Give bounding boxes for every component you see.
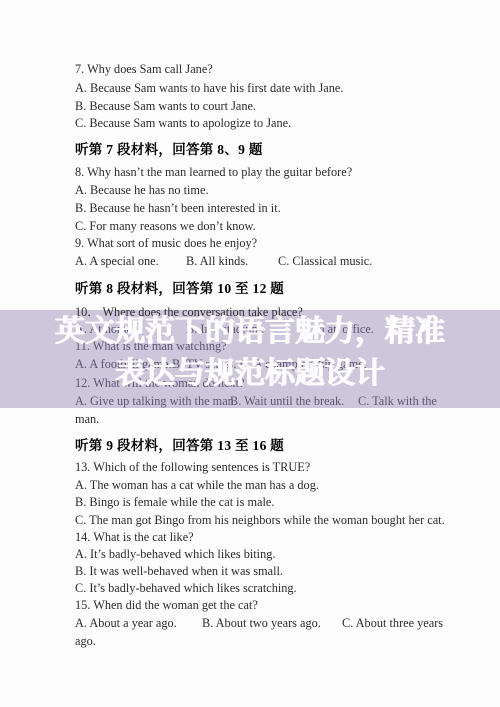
option-line: A. The woman has a cat while the man has… [0,478,500,494]
section-header: 听第 9 段材料，回答第 13 至 16 题 [0,434,500,450]
line-text: B. Bingo is female while the cat is male… [75,495,274,510]
option-line: B. Bingo is female while the cat is male… [0,495,500,511]
option-line: B. It was well-behaved when it was small… [0,564,500,580]
line-text: 8. Why hasn’t the man learned to play th… [75,165,352,180]
question-line: 7. Why does Sam call Jane? [0,62,500,78]
line-text: A. Because he has no time. [75,183,209,198]
line-text: A. Because Sam wants to have his first d… [75,81,343,96]
line-text: ago. [75,634,96,649]
line-text: A. It’s badly-behaved which likes biting… [75,547,275,562]
option-line: C. It’s badly-behaved which likes scratc… [0,581,500,597]
line-text: 9. What sort of music does he enjoy? [75,236,257,251]
watermark-title-line2: 表达与规范标题设计 [0,359,500,389]
question-line: 15. When did the woman get the cat? [0,598,500,614]
option-line: A. Because Sam wants to have his first d… [0,81,500,97]
option-line: C. Because Sam wants to apologize to Jan… [0,116,500,132]
document-text: 7. Why does Sam call Jane?A. Because Sam… [0,0,500,707]
option-cell: A. About a year ago. [75,616,177,631]
option-cell: B. All kinds. [186,254,248,269]
line-text: 听第 8 段材料，回答第 10 至 12 题 [75,277,284,297]
options-row: A. About a year ago.B. About two years a… [0,616,500,632]
option-line: C. For many reasons we don’t know. [0,219,500,235]
option-line: A. Because he has no time. [0,183,500,199]
watermark-title-line1: 英文规范下的语言魅力，精准 [0,317,500,347]
option-cell: B. About two years ago. [202,616,321,631]
line-text: C. Because Sam wants to apologize to Jan… [75,116,291,131]
section-header: 听第 8 段材料，回答第 10 至 12 题 [0,277,500,293]
option-cell: A. A special one. [75,254,159,269]
line-text: B. It was well-behaved when it was small… [75,564,283,579]
question-line: 8. Why hasn’t the man learned to play th… [0,165,500,181]
line-text: C. It’s badly-behaved which likes scratc… [75,581,297,596]
option-line: A. It’s badly-behaved which likes biting… [0,547,500,563]
line-text: C. For many reasons we don’t know. [75,219,256,234]
option-line: B. Because Sam wants to court Jane. [0,99,500,115]
section-header: 听第 7 段材料，回答第 8、9 题 [0,138,500,154]
continuation-line: ago. [0,634,500,650]
line-text: 13. Which of the following sentences is … [75,460,310,475]
option-cell: B. Wait until the break. [230,394,344,409]
continuation-line: man. [0,412,500,428]
question-line: 13. Which of the following sentences is … [0,460,500,476]
line-text: 15. When did the woman get the cat? [75,598,258,613]
line-text: B. Because he hasn’t been interested in … [75,201,281,216]
line-text: A. The woman has a cat while the man has… [75,478,319,493]
question-line: 14. What is the cat like? [0,530,500,546]
line-text: 听第 7 段材料，回答第 8、9 题 [75,138,263,158]
line-text: 听第 9 段材料，回答第 13 至 16 题 [75,434,284,454]
option-line: B. Because he hasn’t been interested in … [0,201,500,217]
line-text: 7. Why does Sam call Jane? [75,62,213,77]
options-row: A. Give up talking with the man.B. Wait … [0,394,500,410]
option-cell: A. Give up talking with the man. [75,394,237,409]
line-text: B. Because Sam wants to court Jane. [75,99,256,114]
option-cell: C. About three years [342,616,443,631]
line-text: man. [75,412,99,427]
line-text: C. The man got Bingo from his neighbors … [75,513,445,528]
test-paper-page: 7. Why does Sam call Jane?A. Because Sam… [0,0,500,707]
question-line: 9. What sort of music does he enjoy? [0,236,500,252]
option-cell: C. Talk with the [358,394,437,409]
option-cell: C. Classical music. [278,254,372,269]
line-text: 14. What is the cat like? [75,530,194,545]
options-row: A. A special one.B. All kinds.C. Classic… [0,254,500,270]
option-line: C. The man got Bingo from his neighbors … [0,513,500,529]
